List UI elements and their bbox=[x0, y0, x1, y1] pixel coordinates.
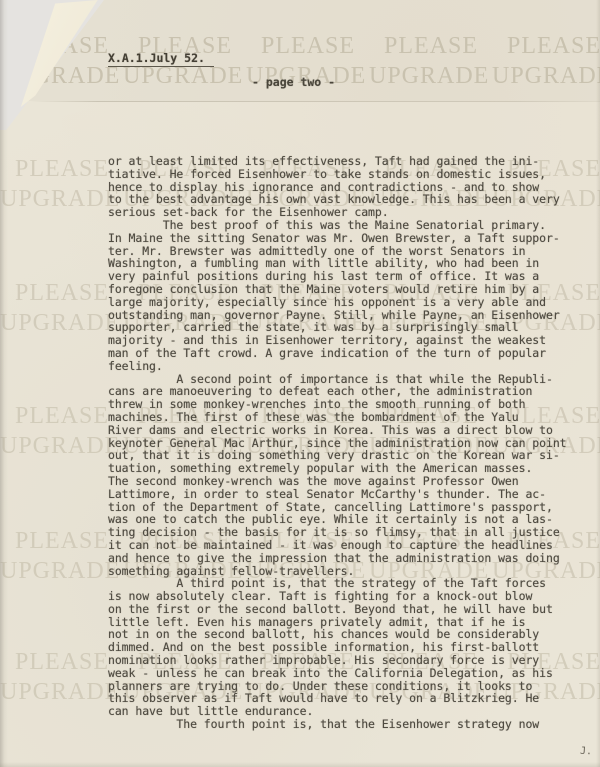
page-number-label: - page two - bbox=[252, 75, 335, 89]
watermark-word: UPGRADE bbox=[0, 310, 123, 336]
typewritten-body-text: or at least limited its effectiveness, T… bbox=[108, 155, 567, 731]
document-reference: X.A.1.July 52. bbox=[108, 51, 214, 67]
paper-right-edge bbox=[596, 0, 600, 767]
watermark-word: UPGRADE bbox=[0, 679, 123, 705]
watermark-word: UPGRADE bbox=[369, 63, 492, 89]
watermark-word: PLEASE bbox=[384, 33, 507, 59]
watermark-please-line: PLEASEPLEASEPLEASEPLEASEPLEASE bbox=[15, 33, 600, 59]
paper-crease-line bbox=[30, 101, 600, 102]
watermark-word: PLEASE bbox=[261, 33, 384, 59]
scanned-document-page: PLEASEPLEASEPLEASEPLEASEPLEASE UPGRADEUP… bbox=[0, 0, 600, 767]
paper-left-edge bbox=[0, 0, 8, 767]
watermark-word: UPGRADE bbox=[0, 186, 123, 212]
watermark-word: UPGRADE bbox=[492, 63, 600, 89]
watermark-word: UPGRADE bbox=[0, 433, 123, 459]
watermark-word: PLEASE bbox=[507, 33, 600, 59]
pencil-corner-mark: J. bbox=[580, 746, 593, 758]
watermark-word: UPGRADE bbox=[0, 558, 123, 584]
paper-bottom-edge bbox=[0, 762, 600, 767]
